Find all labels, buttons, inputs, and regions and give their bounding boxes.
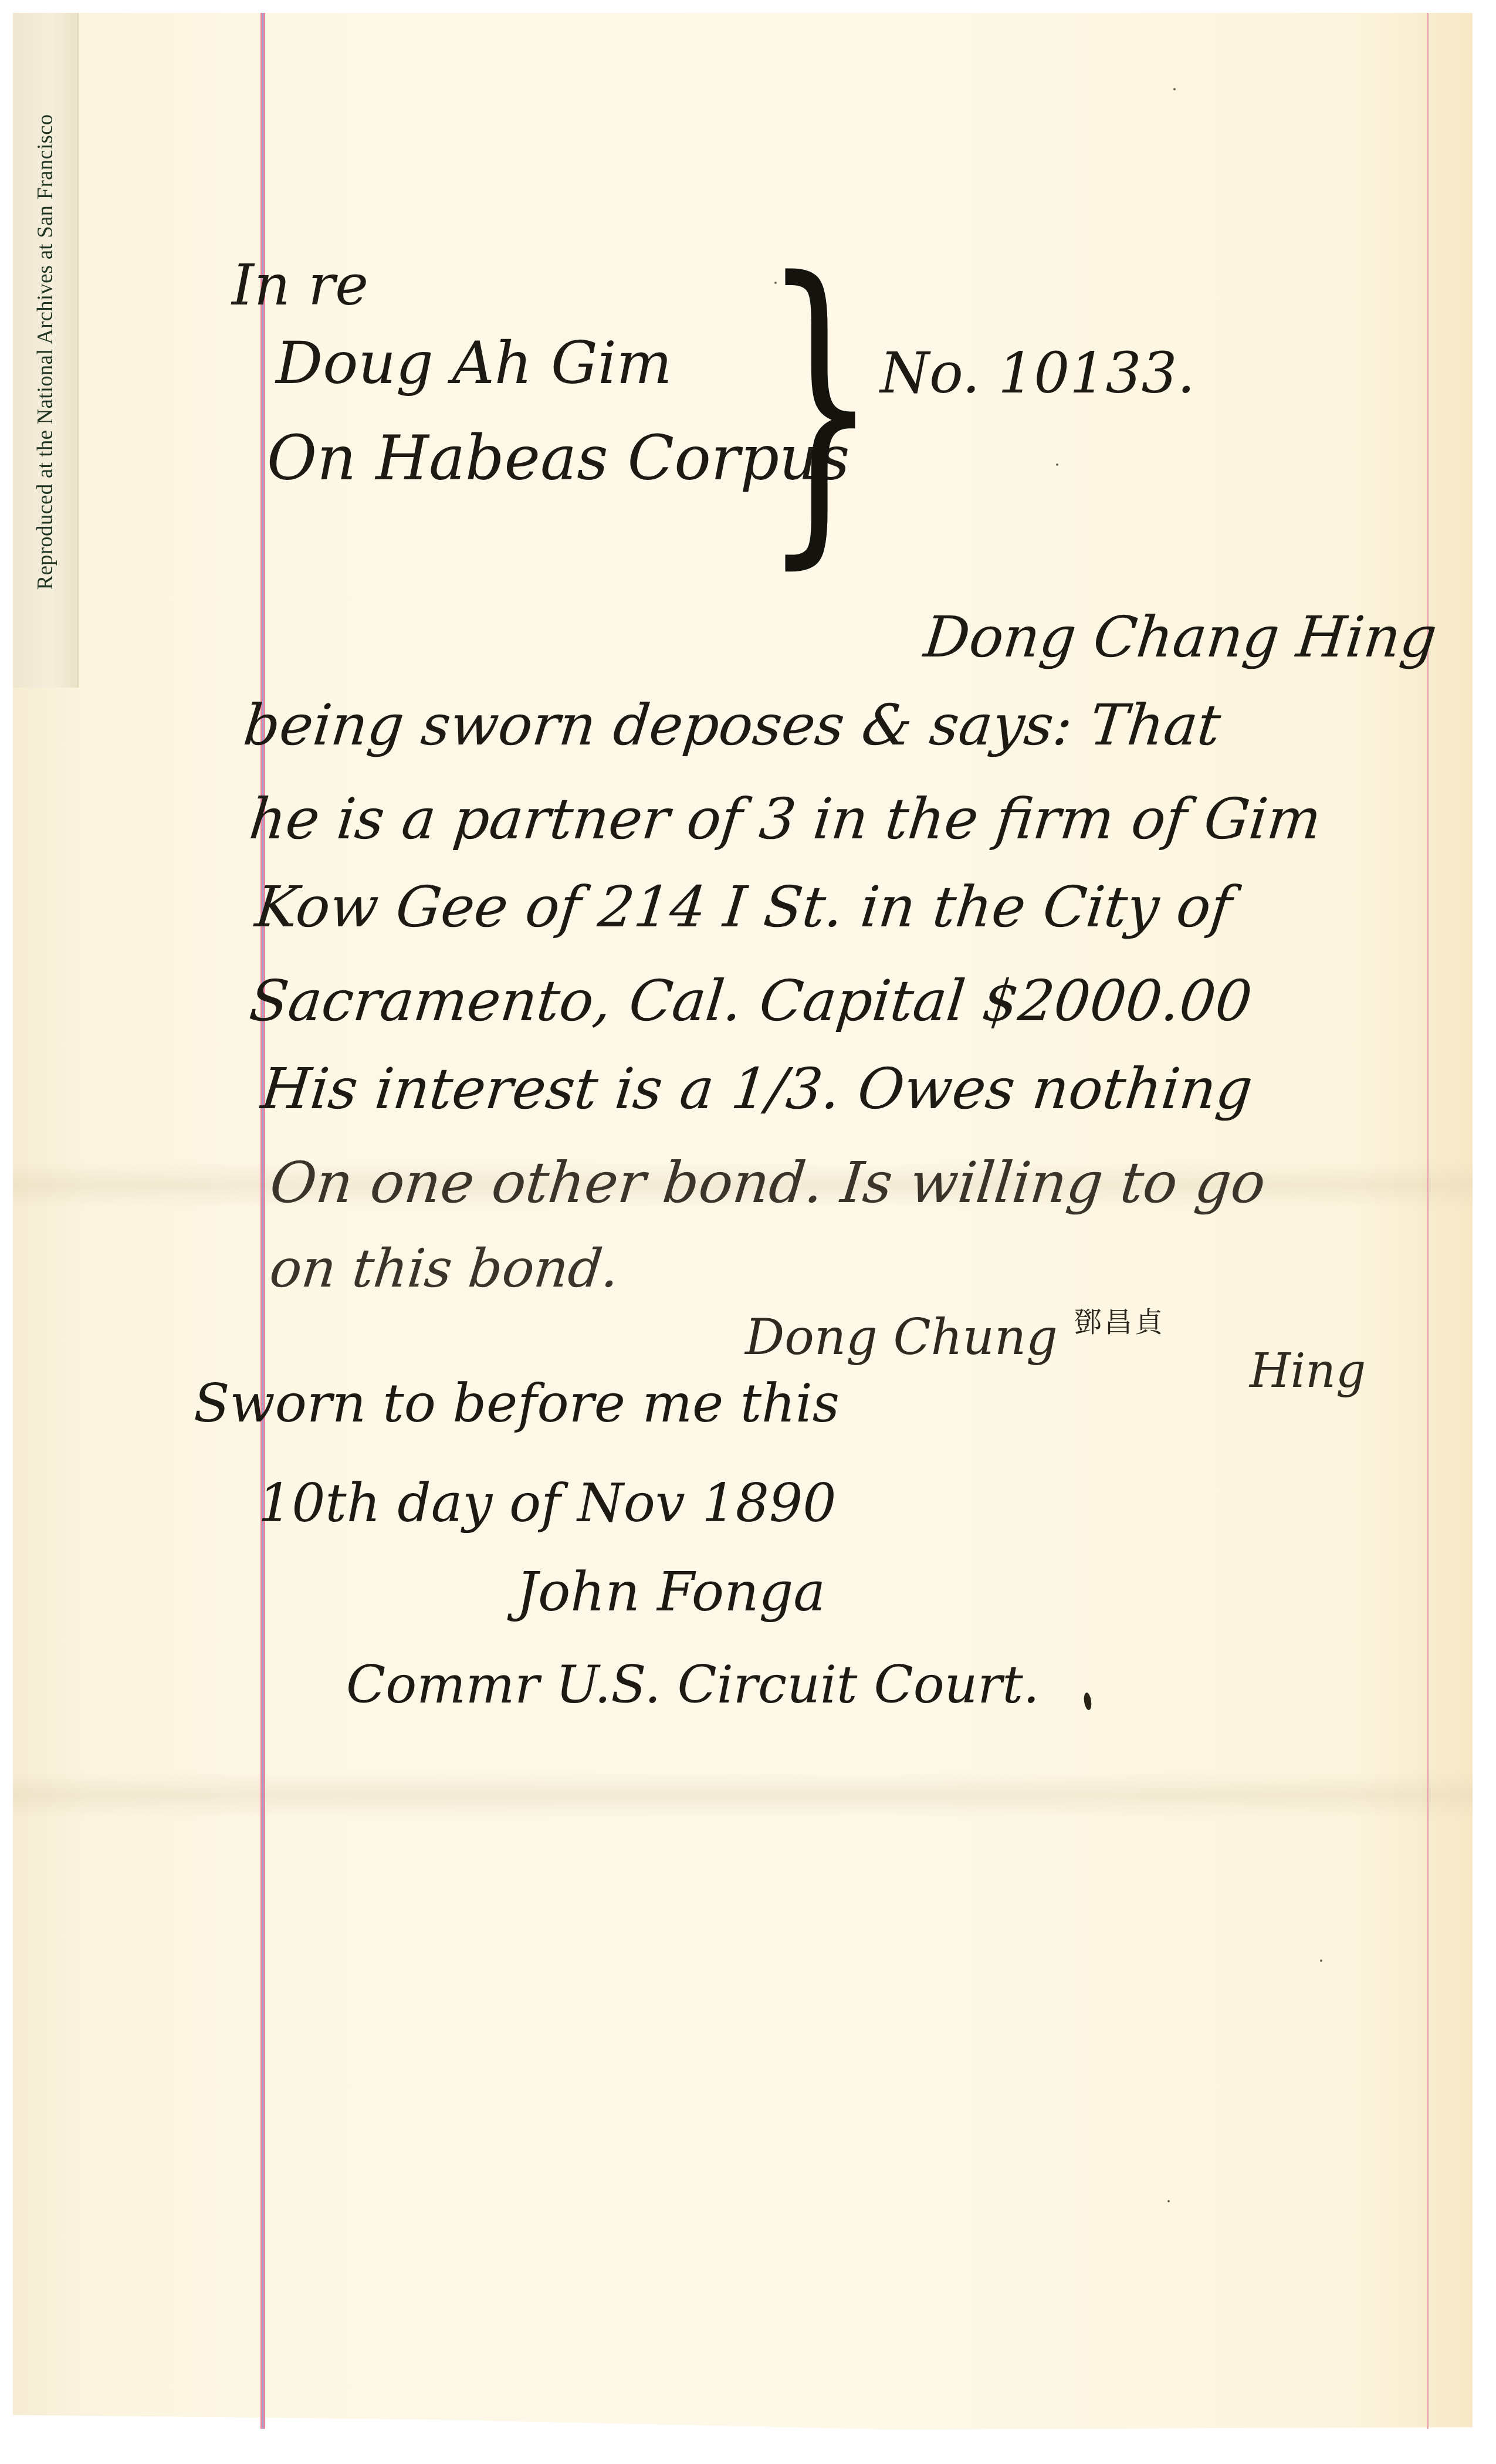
body-line: being sworn deposes & says: That [241, 692, 1224, 758]
commissioner-signature: John Fonga [516, 1561, 825, 1623]
paper-speck [1056, 463, 1058, 466]
deponent-chinese-signature: 鄧昌貞 [1074, 1299, 1165, 1340]
deponent-signature: Dong Chung [745, 1308, 1058, 1366]
deponent-signature-suffix: Hing [1250, 1343, 1366, 1398]
caption-brace-icon: } [763, 241, 878, 569]
paper-speck [1167, 2200, 1170, 2202]
archive-stamp: Reproduced at the National Archives at S… [33, 114, 58, 590]
caption-party-name: Doug Ah Gim [276, 329, 672, 397]
body-line: On one other bond. Is willing to go [267, 1150, 1268, 1216]
caption-in-re: In re [232, 252, 368, 318]
deponent-name: Dong Chang Hing [921, 604, 1440, 670]
jurat-line: Sworn to before me this [194, 1373, 840, 1434]
paper-fold [13, 1772, 1473, 1819]
commissioner-title: Commr U.S. Circuit Court. [346, 1654, 1040, 1715]
right-margin-line [1427, 13, 1429, 2429]
case-number: No. 10133. [880, 340, 1195, 406]
paper-speck [1320, 1959, 1322, 1962]
paper-speck [1173, 88, 1176, 90]
left-margin-line [263, 13, 265, 2429]
body-line: His interest is a 1/3. Owes nothing [258, 1056, 1255, 1122]
body-line: Kow Gee of 214 I St. in the City of [252, 874, 1235, 940]
body-line: he is a partner of 3 in the firm of Gim [246, 786, 1324, 852]
paper-speck [774, 282, 777, 284]
body-line: on this bond. [267, 1238, 622, 1299]
paper-sheet [13, 13, 1473, 2442]
jurat-date: 10th day of Nov 1890 [258, 1473, 837, 1534]
body-line: Sacramento, Cal. Capital $2000.00 [246, 968, 1255, 1034]
